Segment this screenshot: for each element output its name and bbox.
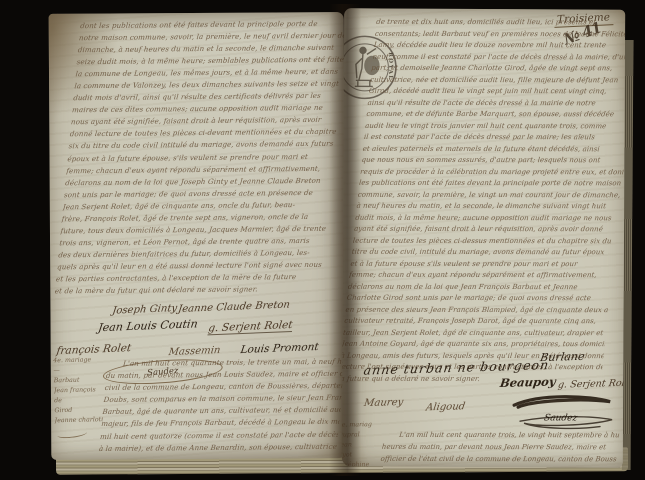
manuscript-line: tailleur, Jean Serjent Rolet, âgé de cin… <box>342 327 606 339</box>
manuscript-line: titre du code civil, intitulé du mariage… <box>351 247 615 259</box>
manuscript-line: Jean <box>342 440 372 450</box>
pencil-annotation: iv ar <box>49 12 65 17</box>
manuscript-line: neuf, comme il est constaté par l'acte d… <box>372 51 625 63</box>
manuscript-line: à neuf heures du matin, et la seconde, l… <box>356 201 620 213</box>
manuscript-line: à la mairie), et de dame Anne Benardin, … <box>98 440 337 454</box>
manuscript-line: il est constaté par l'acte de décès dres… <box>363 132 625 144</box>
manuscript-line: Pyot <box>342 450 372 460</box>
manuscript-line: femme; chacun d'eux ayant répondu séparé… <box>349 270 613 282</box>
manuscript-line: et aïeules paternels et maternels de la … <box>362 143 625 155</box>
manuscript-line: 5e. mariage <box>342 420 372 430</box>
left-page-act-text: dont les publications ont été faites dev… <box>54 18 346 298</box>
signature-serjent-rolet: g. Serjent Rolet <box>207 319 293 335</box>
manuscript-line: ainsi qu'il résulte de l'acte de décès d… <box>367 97 625 109</box>
manuscript-line: et de la mère du futur qui ont déclaré n… <box>54 283 325 298</box>
manuscript-line: consentants; ledit Barbaut veuf en premi… <box>374 28 625 40</box>
manuscript-line: officier de l'état civil de la commune d… <box>380 453 617 466</box>
left-page: iv ar dont les publications ont été fait… <box>49 12 347 460</box>
manuscript-line: L'an mil huit cent quarante trois, le vi… <box>399 429 620 442</box>
manuscript-line: cultivateur retraité, François Joseph Da… <box>344 316 608 328</box>
signature-maurey: Maurey <box>363 397 404 409</box>
signature-aligoud: Aligoud <box>425 401 466 413</box>
signature-serjent-rolet-2: g. Serjent Rolet <box>557 377 625 390</box>
manuscript-line: que nous nous en sommes assurés, d'autre… <box>361 155 625 167</box>
right-page: Troisieme № 41 TIMBRE ROYAL de trente et… <box>342 8 625 467</box>
margin-note-underline-icon <box>57 429 88 439</box>
manuscript-line: et à la future épouse s'ils veulent se p… <box>350 258 614 270</box>
manuscript-line: Jeanne charlotte <box>55 415 103 426</box>
manuscript-line: Charlotte Girod sont unis par le mariage… <box>346 293 610 305</box>
manuscript-line: Lamy, décédée audit lieu le douze novemb… <box>373 40 625 52</box>
manuscript-line: Girod, décédé audit lieu le vingt sept j… <box>368 86 625 98</box>
right-page-act-text: de trente et dix huit ans, domiciliés au… <box>342 17 625 385</box>
signature-mayor-right: Saudez <box>543 413 578 423</box>
photo-background: iv ar dont les publications ont été fait… <box>0 0 645 480</box>
left-page-act4-text: L'an mil huit cent quarante trois, le tr… <box>98 356 345 455</box>
manuscript-line: de trente et dix huit ans, domiciliés au… <box>376 17 626 29</box>
signature-jean-louis-coutin: Jean Louis Coutin <box>97 317 198 334</box>
manuscript-line: cultivatrice, née et domiciliée audit li… <box>369 74 625 86</box>
manuscript-line: dudit mois, à la même heure; aucune oppo… <box>355 212 619 224</box>
manuscript-line: commune, et de défunte Barbe Marquart, s… <box>366 109 625 121</box>
signature-jeanne-claude-breton: Jeanne Claude Breton <box>177 299 290 315</box>
signature-joseph-ginty: Joseph Ginty <box>112 303 178 317</box>
manuscript-line: lecture de toutes les pièces ci-dessus m… <box>352 235 616 247</box>
signature-burlane: Burlane <box>539 350 585 364</box>
manuscript-line: déclarons au nom de la loi que Jean Fran… <box>347 281 611 293</box>
manuscript-line: en présence des sieurs Jean François Bla… <box>345 304 609 316</box>
manuscript-line: audit lieu le vingt trois janvier mil hu… <box>365 120 626 132</box>
manuscript-line: Jean Antoine Goyard, âgé de quarante six… <box>342 339 606 351</box>
manuscript-line: les publications ont été faites devant l… <box>358 178 622 190</box>
manuscript-line: part; et demoiselle Jeanne Charlotte Gir… <box>371 63 626 75</box>
manuscript-line: Dupral <box>342 430 372 440</box>
margin-note-act4: 4e. mariage—BarbautJean françoisdeGirodJ… <box>53 355 103 426</box>
margin-note-act5: 5e. mariageDupralJeanPyotJoséphine <box>342 420 372 468</box>
manuscript-line: ayant été signifiée, faisant droit à leu… <box>353 224 617 236</box>
signature-beaupoy: Beaupoy <box>499 374 557 390</box>
right-page-act5-text: L'an mil huit cent quarante trois, le vi… <box>380 429 620 466</box>
manuscript-line: commune, savoir, la première, le vingt u… <box>357 189 621 201</box>
manuscript-line: requis de procéder à la célébration du m… <box>360 166 624 178</box>
signature-louis-promont: Louis Promont <box>240 341 320 356</box>
manuscript-line: heures du matin, par devant nous Jean Pi… <box>381 441 618 454</box>
